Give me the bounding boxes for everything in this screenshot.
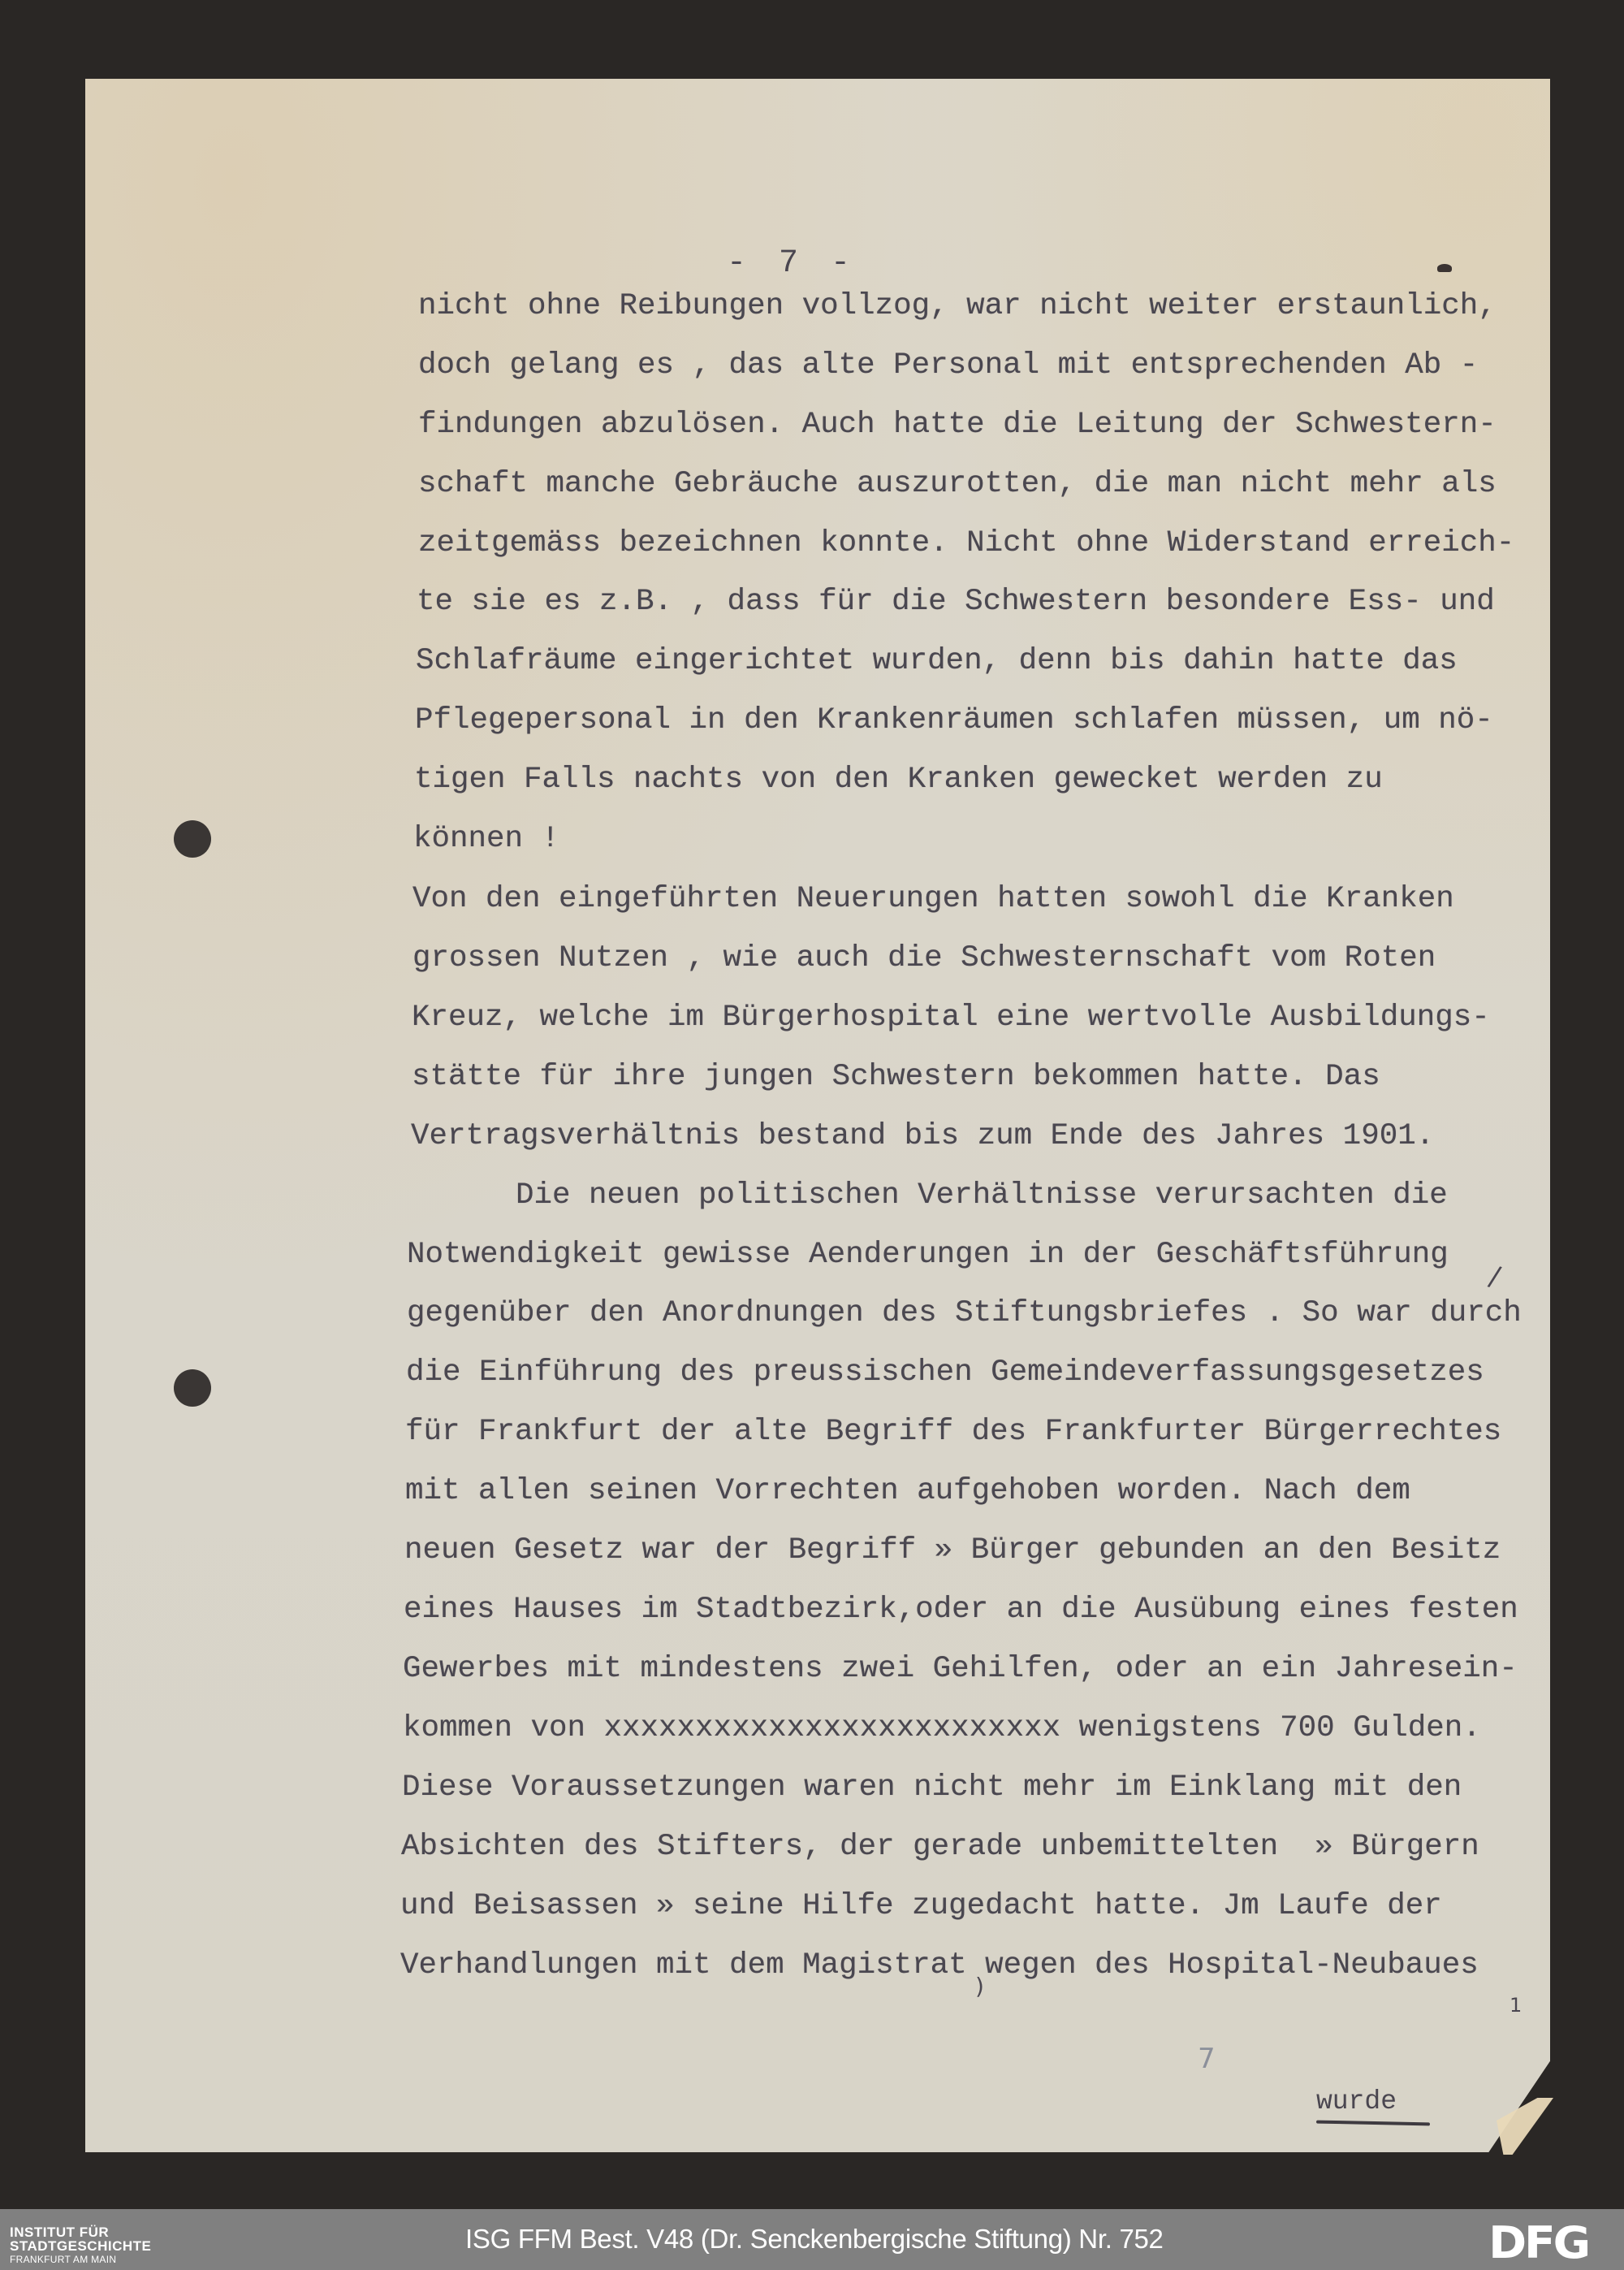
catchword: wurde	[1316, 2086, 1397, 2117]
text-line: stätte für ihre jungen Schwestern bekomm…	[412, 1059, 1380, 1095]
pencil-folio-number: 7	[1198, 2043, 1216, 2075]
institution-line-3: FRANKFURT AM MAIN	[10, 2253, 151, 2267]
text-line: tigen Falls nachts von den Kranken gewec…	[414, 762, 1383, 798]
text-line: gegenüber den Anordnungen des Stiftungsb…	[407, 1295, 1522, 1331]
text-line: können !	[413, 821, 559, 857]
text-line: grossen Nutzen , wie auch die Schwestern…	[412, 940, 1436, 976]
margin-mark-one: 1	[1510, 1994, 1522, 2017]
text-line: mit allen seinen Vorrechten aufgehoben w…	[405, 1473, 1410, 1509]
institution-line-1: INSTITUT FÜR	[10, 2225, 151, 2239]
text-line: neuen Gesetz war der Begriff » Bürger ge…	[404, 1533, 1501, 1568]
text-line: Verhandlungen mit dem Magistrat wegen de…	[400, 1948, 1479, 1983]
text-line: zeitgemäss bezeichnen konnte. Nicht ohne…	[418, 525, 1514, 561]
text-line: schaft manche Gebräuche auszurotten, die…	[418, 466, 1497, 502]
text-line: findungen abzulösen. Auch hatte die Leit…	[418, 407, 1497, 443]
text-line: Vertragsverhältnis bestand bis zum Ende …	[411, 1118, 1434, 1154]
text-line: doch gelang es , das alte Personal mit e…	[418, 348, 1478, 383]
text-line: Die neuen politischen Verhältnisse verur…	[443, 1178, 1448, 1213]
text-line: Pflegepersonal in den Krankenräumen schl…	[415, 703, 1493, 738]
text-line: Diese Voraussetzungen waren nicht mehr i…	[402, 1770, 1462, 1805]
text-line: Von den eingeführten Neuerungen hatten s…	[412, 881, 1454, 917]
text-line: Absichten des Stifters, der gerade unbem…	[401, 1829, 1479, 1865]
text-line: Kreuz, welche im Bürgerhospital eine wer…	[412, 1000, 1490, 1036]
text-line: für Frankfurt der alte Begriff des Frank…	[405, 1414, 1501, 1450]
text-line: und Beisassen » seine Hilfe zugedacht ha…	[400, 1888, 1442, 1924]
text-line: Notwendigkeit gewisse Aenderungen in der…	[407, 1237, 1449, 1273]
text-line-struck: kommen von xxxxxxxxxxxxxxxxxxxxxxxxx wen…	[403, 1710, 1481, 1746]
typed-text: nicht ohne Reibungen vollzog, war nicht …	[85, 79, 1550, 2152]
archive-signature-caption: ISG FFM Best. V48 (Dr. Senckenbergische …	[465, 2224, 1164, 2255]
dfg-logo: DFG	[1488, 2217, 1588, 2268]
margin-mark-paren: )	[975, 1973, 984, 2000]
archive-footer-bar: INSTITUT FÜR STADTGESCHICHTE FRANKFURT A…	[0, 2209, 1624, 2270]
text-line: Gewerbes mit mindestens zwei Gehilfen, o…	[403, 1651, 1518, 1687]
text-line: nicht ohne Reibungen vollzog, war nicht …	[418, 288, 1497, 324]
text-line: te sie es z.B. , dass für die Schwestern…	[417, 584, 1495, 620]
institution-line-2: STADTGESCHICHTE	[10, 2239, 151, 2253]
institution-logo: INSTITUT FÜR STADTGESCHICHTE FRANKFURT A…	[10, 2225, 151, 2267]
text-line: Schlafräume eingerichtet wurden, denn bi…	[416, 643, 1458, 679]
text-line: eines Hauses im Stadtbezirk,oder an die …	[404, 1592, 1518, 1628]
text-line: die Einführung des preussischen Gemeinde…	[406, 1355, 1484, 1390]
document-page: - 7 - nicht ohne Reibungen vollzog, war …	[85, 79, 1550, 2152]
